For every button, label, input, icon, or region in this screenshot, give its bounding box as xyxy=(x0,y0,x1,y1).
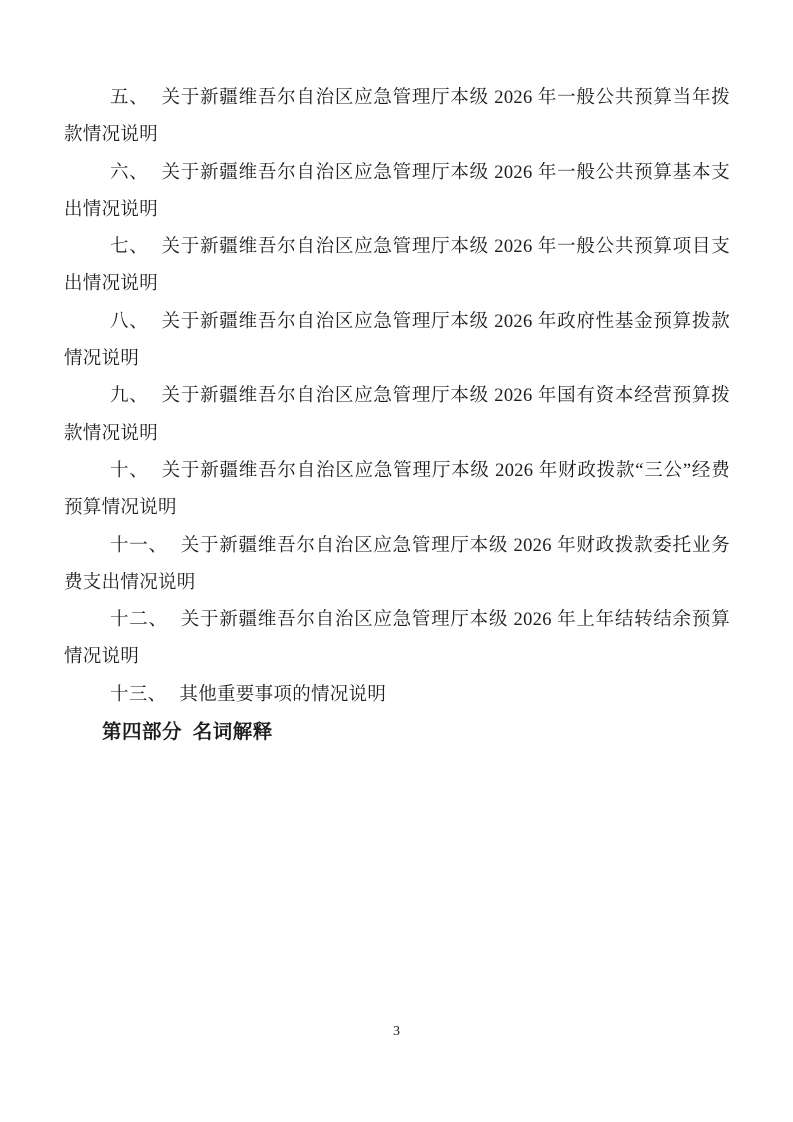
toc-item-13: 十三、其他重要事项的情况说明 xyxy=(64,677,730,714)
toc-item-text: 关于新疆维吾尔自治区应急管理厅本级 2026 年政府性基金预算拨款情况说明 xyxy=(64,312,730,369)
toc-item-text: 关于新疆维吾尔自治区应急管理厅本级 2026 年财政拨款“三公”经费预算情况说明 xyxy=(64,461,730,518)
toc-item-text: 关于新疆维吾尔自治区应急管理厅本级 2026 年国有资本经营预算拨款情况说明 xyxy=(64,386,730,443)
toc-item-7: 七、关于新疆维吾尔自治区应急管理厅本级 2026 年一般公共预算项目支出情况说明 xyxy=(64,229,730,304)
page-number: 3 xyxy=(0,1022,793,1042)
toc-item-10: 十、关于新疆维吾尔自治区应急管理厅本级 2026 年财政拨款“三公”经费预算情况… xyxy=(64,453,730,528)
toc-item-6: 六、关于新疆维吾尔自治区应急管理厅本级 2026 年一般公共预算基本支出情况说明 xyxy=(64,155,730,230)
toc-item-text: 其他重要事项的情况说明 xyxy=(179,685,386,705)
toc-item-number: 十二、 xyxy=(110,610,168,630)
toc-item-9: 九、关于新疆维吾尔自治区应急管理厅本级 2026 年国有资本经营预算拨款情况说明 xyxy=(64,378,730,453)
toc-item-number: 六、 xyxy=(110,163,149,183)
toc-item-12: 十二、关于新疆维吾尔自治区应急管理厅本级 2026 年上年结转结余预算情况说明 xyxy=(64,602,730,677)
toc-item-5: 五、关于新疆维吾尔自治区应急管理厅本级 2026 年一般公共预算当年拨款情况说明 xyxy=(64,80,730,155)
toc-item-text: 关于新疆维吾尔自治区应急管理厅本级 2026 年一般公共预算当年拨款情况说明 xyxy=(64,88,730,145)
document-page: 五、关于新疆维吾尔自治区应急管理厅本级 2026 年一般公共预算当年拨款情况说明… xyxy=(0,0,793,1122)
toc-item-number: 十三、 xyxy=(110,685,166,705)
toc-item-text: 关于新疆维吾尔自治区应急管理厅本级 2026 年一般公共预算项目支出情况说明 xyxy=(64,237,730,294)
toc-item-number: 八、 xyxy=(110,312,149,332)
toc-item-number: 十一、 xyxy=(110,536,168,556)
toc-item-number: 十、 xyxy=(110,461,149,481)
toc-item-number: 五、 xyxy=(110,88,149,108)
toc-item-number: 九、 xyxy=(110,386,149,406)
toc-item-11: 十一、关于新疆维吾尔自治区应急管理厅本级 2026 年财政拨款委托业务费支出情况… xyxy=(64,528,730,603)
toc-content: 五、关于新疆维吾尔自治区应急管理厅本级 2026 年一般公共预算当年拨款情况说明… xyxy=(64,80,730,751)
section-heading-part4: 第四部分 名词解释 xyxy=(64,714,730,751)
toc-item-number: 七、 xyxy=(110,237,149,257)
toc-item-text: 关于新疆维吾尔自治区应急管理厅本级 2026 年一般公共预算基本支出情况说明 xyxy=(64,163,730,220)
toc-item-8: 八、关于新疆维吾尔自治区应急管理厅本级 2026 年政府性基金预算拨款情况说明 xyxy=(64,304,730,379)
